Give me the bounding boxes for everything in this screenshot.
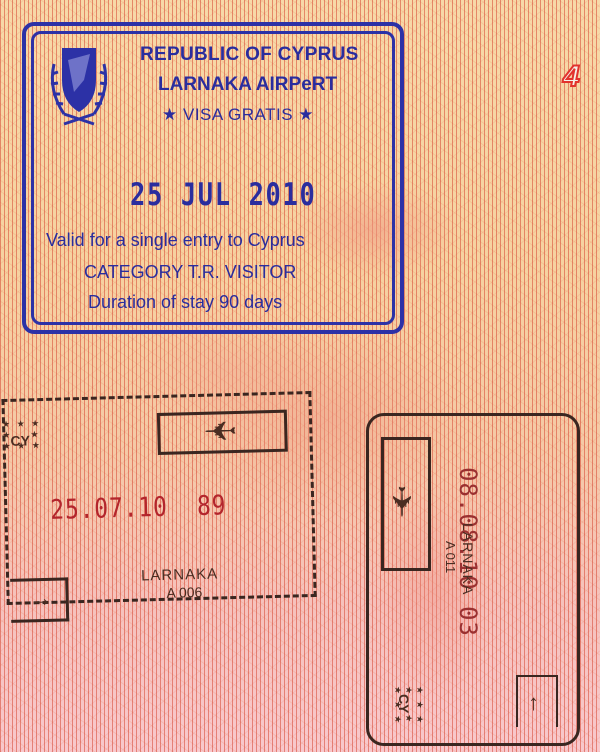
exit-location: LARNAKA xyxy=(460,523,476,595)
visa-country: REPUBLIC OF CYPRUS xyxy=(140,44,359,66)
exit-code: A 011 xyxy=(443,541,458,573)
arrow-down-icon: ← xyxy=(524,693,550,715)
airplane-icon: ✈ xyxy=(140,415,301,447)
eu-stars-cy-icon: ★ ★ ★★ ★★ ★ ★ CY xyxy=(2,418,43,469)
entry-code: A 006 xyxy=(166,584,202,601)
visa-stamp: REPUBLIC OF CYPRUS LARNAKA AIRPeRT ★ VIS… xyxy=(22,22,404,334)
entry-date: 25.07.10 xyxy=(50,492,168,526)
arrow-right-icon: → xyxy=(28,585,53,614)
visa-category: CATEGORY T.R. VISITOR xyxy=(84,262,296,283)
visa-date: 25 JUL 2010 xyxy=(130,177,316,213)
entry-date-line: 25.07.10 89 xyxy=(50,490,227,526)
page-number: 4 xyxy=(563,60,580,94)
eu-stars-cy-icon: ★ ★ ★★ ★★ ★ ★ CY xyxy=(381,686,425,728)
exit-number: 03 xyxy=(454,606,482,637)
star-icon: ★ xyxy=(162,105,178,124)
star-icon: ★ xyxy=(298,105,314,124)
airplane-icon: ✈ xyxy=(385,484,416,519)
entry-location: LARNAKA xyxy=(141,565,218,584)
visa-validity: Valid for a single entry to Cyprus xyxy=(46,230,305,251)
visa-duration: Duration of stay 90 days xyxy=(88,292,282,313)
plane-box: ✈ xyxy=(157,410,288,455)
exit-stamp: ✈ 08.08.10 03 LARNAKA A 011 ★ ★ ★★ ★★ ★ … xyxy=(366,413,580,746)
coat-of-arms-icon xyxy=(44,40,114,130)
direction-box: → xyxy=(10,577,69,623)
entry-stamp: ★ ★ ★★ ★★ ★ ★ CY ✈ 25.07.10 89 → LARNAKA… xyxy=(0,381,327,612)
country-code: CY xyxy=(10,432,30,449)
entry-number: 89 xyxy=(197,490,227,522)
visa-type: VISA GRATIS xyxy=(183,105,293,124)
visa-port: LARNAKA AIRPeRT xyxy=(158,74,337,96)
visa-type-line: ★ VISA GRATIS ★ xyxy=(162,105,314,125)
country-code: CY xyxy=(396,694,412,713)
plane-box: ✈ xyxy=(381,437,431,571)
direction-box: ← xyxy=(516,675,558,727)
